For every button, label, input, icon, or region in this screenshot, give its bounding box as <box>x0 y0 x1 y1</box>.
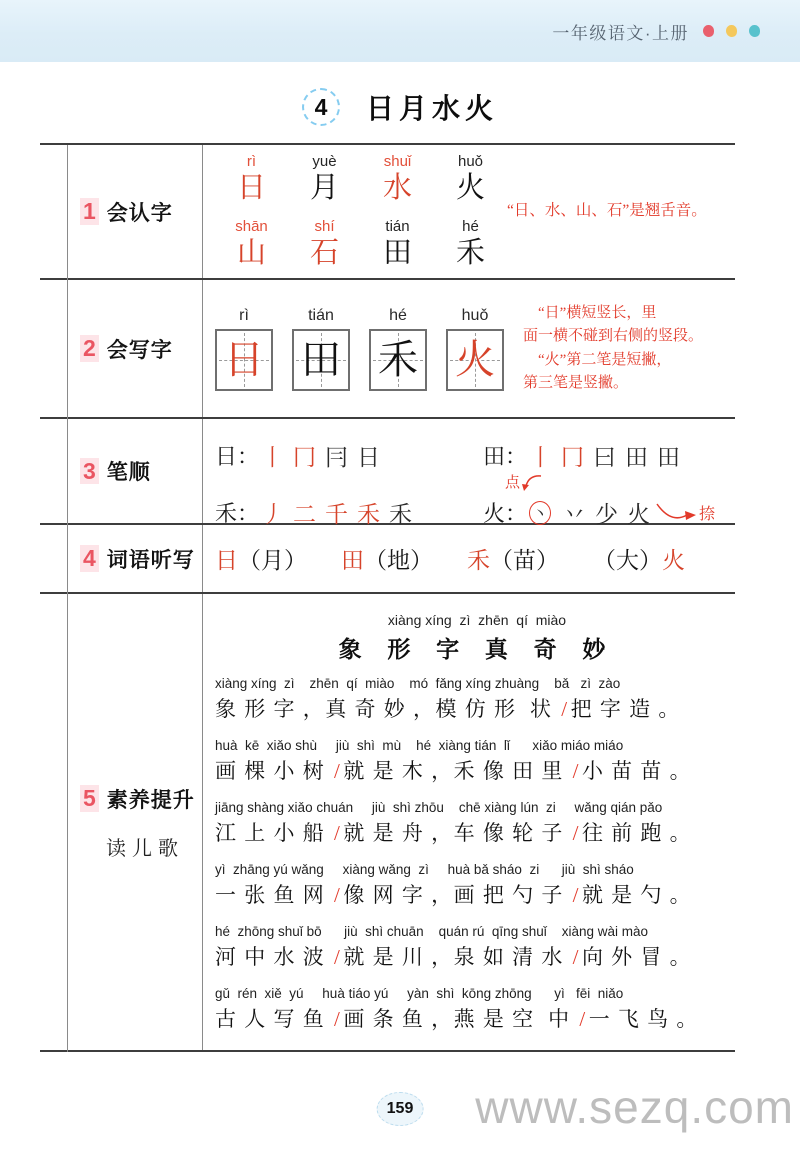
row-number-badge: 1 <box>80 198 99 224</box>
row-label-write: 2 会写字 <box>40 280 203 417</box>
hanzi-character: 火 <box>455 337 495 383</box>
lesson-number-badge: 4 <box>302 88 340 126</box>
pinyin-label: yuè <box>288 153 361 170</box>
red-slash-mark: / <box>571 945 582 969</box>
dictation-hanzi: 禾 <box>467 548 490 573</box>
recognize-handwritten-note: “日、水、山、石”是翘舌音。 <box>507 199 735 223</box>
hanzi-character: 山 <box>215 237 288 270</box>
hanzi-line: shān山shí石tián田hé禾 <box>215 218 507 270</box>
stroke-character-label: 禾： <box>215 497 259 528</box>
stroke-annotation-text: 捺 <box>699 501 715 524</box>
stroke-form: 冂 <box>561 439 584 472</box>
hanzi-character: 日 <box>215 172 288 205</box>
write-character-group: rì日 <box>215 307 273 391</box>
row-sublabel-read-rhyme: 读儿歌 <box>106 832 184 861</box>
lesson-title-row: 4 日月水火 <box>0 86 800 128</box>
red-slash-mark: / <box>332 945 343 969</box>
pinyin-label: huǒ <box>446 307 504 325</box>
row-word-dictation: 4 词语听写 日（月）田（地）禾（苗）（大）火 <box>40 525 735 594</box>
row-label-text: 会认字 <box>107 197 173 227</box>
poem-line-pinyin: hé zhōng shuǐ bō jiù shì chuān quán rú q… <box>215 924 739 939</box>
row-stroke-order: 3 笔顺 日：丨冂冃日田：丨冂曰田田禾：丿二千禾禾火：丶丷少火点捺 <box>40 419 735 525</box>
tianzige-box: 田 <box>292 329 350 391</box>
row-label-text: 词语听写 <box>107 544 195 574</box>
table-left-border <box>67 145 68 1052</box>
red-slash-mark: / <box>571 759 582 783</box>
pinyin-label: shí <box>288 218 361 235</box>
row-label-text: 素养提升 <box>107 784 195 814</box>
dictation-item: 日（月） <box>215 542 307 575</box>
row-label-head: 5 素养提升 <box>80 784 195 814</box>
poem-line-pinyin: jiāng shàng xiǎo chuán jiù shì zhōu chē … <box>215 800 739 815</box>
pinyin-label: shān <box>215 218 288 235</box>
stroke-annotation-na: 捺 <box>655 501 715 524</box>
row-label-literacy: 5 素养提升 读儿歌 <box>40 594 203 1050</box>
lesson-title: 日月水火 <box>366 87 498 127</box>
hanzi-character: 禾 <box>378 337 418 383</box>
hanzi-character: 禾 <box>434 237 507 270</box>
write-character-group: tián田 <box>292 307 350 391</box>
poem-line: xiàng xíng zì zhēn qí miào mó fǎng xíng … <box>215 676 739 723</box>
poem-line: huà kē xiǎo shù jiù shì mù hé xiàng tián… <box>215 738 739 785</box>
poem-title-pinyin: xiàng xíng zì zhēn qí miào <box>215 612 739 628</box>
tianzige-box: 禾 <box>369 329 427 391</box>
dictation-item: （大）火 <box>593 542 685 575</box>
row-recognize-characters: 1 会认字 rì日yuè月shuǐ水huǒ火shān山shí石tián田hé禾 … <box>40 145 735 280</box>
row-content-poem: xiàng xíng zì zhēn qí miào 象 形 字 真 奇 妙 x… <box>203 594 739 1050</box>
swoosh-arrow-icon <box>655 502 697 524</box>
red-slash-mark: / <box>577 1007 588 1031</box>
stroke-form: 丨 <box>261 439 284 472</box>
poem-line-text: 象 形 字 ，真 奇 妙 ，模 仿 形 状 /把 字 造 。 <box>215 693 739 723</box>
stroke-form: 曰 <box>593 439 616 472</box>
row-label-text: 会写字 <box>107 334 173 364</box>
stroke-form: 冃 <box>325 439 348 472</box>
poem-line-pinyin: xiàng xíng zì zhēn qí miào mó fǎng xíng … <box>215 676 739 691</box>
poem-line: gǔ rén xiě yú huà tiáo yú yàn shì kōng z… <box>215 986 739 1033</box>
red-slash-mark: / <box>571 883 582 907</box>
stroke-form: 田 <box>625 439 648 472</box>
poem-lines: xiàng xíng zì zhēn qí miào mó fǎng xíng … <box>215 676 739 1033</box>
nursery-rhyme: xiàng xíng zì zhēn qí miào 象 形 字 真 奇 妙 x… <box>215 612 739 1033</box>
red-slash-mark: / <box>332 1007 343 1031</box>
pinyin-label: huǒ <box>434 153 507 170</box>
poem-line: hé zhōng shuǐ bō jiù shì chuān quán rú q… <box>215 924 739 971</box>
hanzi-group: hé禾 <box>434 218 507 270</box>
tianzige-box: 日 <box>215 329 273 391</box>
stroke-order-item: 日：丨冂冃日 <box>215 439 483 472</box>
write-character-group: hé禾 <box>369 307 427 391</box>
stroke-character-label: 日： <box>215 440 259 471</box>
row-label-dictation: 4 词语听写 <box>40 525 203 592</box>
page-header: 一年级语文·上册 <box>0 0 800 62</box>
hanzi-character: 水 <box>361 172 434 205</box>
pinyin-label: rì <box>215 153 288 170</box>
header-dot-icon <box>726 25 737 37</box>
header-dots <box>703 25 760 37</box>
textbook-page: 一年级语文·上册 4 日月水火 1 会认字 rì日yuè月shuǐ水huǒ火sh… <box>0 0 800 1158</box>
curved-arrow-icon <box>521 474 543 492</box>
stroke-order-item: 田：丨冂曰田田 <box>483 439 735 472</box>
write-handwritten-note: “日”横短竖长，里 面一横不碰到右侧的竖段。 “火”第二笔是短撇， 第三笔是竖撇… <box>523 302 735 395</box>
stroke-form: 田 <box>657 439 680 472</box>
dictation-hanzi: 日 <box>215 548 238 573</box>
lesson-number: 4 <box>315 94 328 121</box>
hanzi-character: 火 <box>434 172 507 205</box>
header-dot-icon <box>703 25 714 37</box>
row-content-write: rì日tián田hé禾huǒ火 “日”横短竖长，里 面一横不碰到右侧的竖段。 “… <box>203 280 735 417</box>
red-slash-mark: / <box>559 697 570 721</box>
poem-title-text: 象 形 字 真 奇 妙 <box>215 631 739 664</box>
poem-line: jiāng shàng xiǎo chuán jiù shì zhōu chē … <box>215 800 739 847</box>
hanzi-group: huǒ火 <box>434 153 507 205</box>
hanzi-group: tián田 <box>361 218 434 270</box>
dictation-context: （月） <box>238 548 307 573</box>
dictation-context: （地） <box>364 548 433 573</box>
poem-line-pinyin: gǔ rén xiě yú huà tiáo yú yàn shì kōng z… <box>215 986 739 1001</box>
row-number-badge: 2 <box>80 335 99 361</box>
row-literacy-improvement: 5 素养提升 读儿歌 xiàng xíng zì zhēn qí miào 象 … <box>40 594 735 1052</box>
row-number-badge: 3 <box>80 458 99 484</box>
write-character-boxes: rì日tián田hé禾huǒ火 <box>215 307 504 391</box>
stroke-annotation-text: 点 <box>505 471 520 492</box>
hanzi-group: shuǐ水 <box>361 153 434 205</box>
poem-line-text: 河 中 水 波 /就 是 川 ，泉 如 清 水 /向 外 冒 。 <box>215 941 739 971</box>
row-write-characters: 2 会写字 rì日tián田hé禾huǒ火 “日”横短竖长，里 面一横不碰到右侧… <box>40 280 735 419</box>
row-label-stroke-order: 3 笔顺 <box>40 419 203 523</box>
hanzi-character: 田 <box>301 337 341 383</box>
hanzi-character: 月 <box>288 172 361 205</box>
hanzi-character: 田 <box>361 237 434 270</box>
page-number: 159 <box>377 1092 424 1126</box>
row-number-badge: 4 <box>80 545 99 571</box>
pinyin-label: hé <box>434 218 507 235</box>
red-slash-mark: / <box>571 821 582 845</box>
poem-line: yì zhāng yú wǎng xiàng wǎng zì huà bǎ sh… <box>215 862 739 909</box>
pinyin-label: tián <box>292 307 350 325</box>
row-content-stroke-order: 日：丨冂冃日田：丨冂曰田田禾：丿二千禾禾火：丶丷少火点捺 <box>203 419 735 523</box>
summary-table: 1 会认字 rì日yuè月shuǐ水huǒ火shān山shí石tián田hé禾 … <box>40 143 735 1052</box>
row-label-text: 笔顺 <box>107 456 151 486</box>
row-number-badge: 5 <box>80 785 99 811</box>
poem-line-pinyin: huà kē xiǎo shù jiù shì mù hé xiàng tián… <box>215 738 739 753</box>
stroke-form: 冂 <box>293 439 316 472</box>
row-content-recognize: rì日yuè月shuǐ水huǒ火shān山shí石tián田hé禾 “日、水、山… <box>203 145 739 278</box>
edition-label: 一年级语文·上册 <box>552 19 689 44</box>
poem-line-text: 古 人 写 鱼 /画 条 鱼 ，燕 是 空 中 /一 飞 鸟 。 <box>215 1003 739 1033</box>
stroke-form: 丨 <box>529 439 552 472</box>
recognize-character-list: rì日yuè月shuǐ水huǒ火shān山shí石tián田hé禾 <box>215 153 507 270</box>
watermark: www.sezq.com <box>475 1080 794 1134</box>
pinyin-label: hé <box>369 307 427 325</box>
row-label-recognize: 1 会认字 <box>40 145 203 278</box>
stroke-character-label: 田： <box>483 440 527 471</box>
dictation-item: 禾（苗） <box>467 542 559 575</box>
pinyin-label: rì <box>215 307 273 325</box>
hanzi-character: 石 <box>288 237 361 270</box>
hanzi-character: 日 <box>224 337 264 383</box>
red-slash-mark: / <box>332 759 343 783</box>
hanzi-group: shān山 <box>215 218 288 270</box>
stroke-annotation-dian: 点 <box>505 471 543 492</box>
header-dot-icon <box>749 25 760 37</box>
row-content-dictation: 日（月）田（地）禾（苗）（大）火 <box>203 525 735 592</box>
dictation-context: （苗） <box>490 548 559 573</box>
write-character-group: huǒ火 <box>446 307 504 391</box>
dictation-context: （大） <box>593 548 662 573</box>
hanzi-group: shí石 <box>288 218 361 270</box>
red-slash-mark: / <box>332 821 343 845</box>
dictation-hanzi: 火 <box>662 548 685 573</box>
pinyin-label: shuǐ <box>361 153 434 170</box>
poem-title-block: xiàng xíng zì zhēn qí miào 象 形 字 真 奇 妙 <box>215 612 739 664</box>
stroke-form: 日 <box>357 439 380 472</box>
stroke-character-label: 火： <box>483 497 527 528</box>
hanzi-group: rì日 <box>215 153 288 205</box>
red-slash-mark: / <box>332 883 343 907</box>
poem-line-text: 一 张 鱼 网 /像 网 字 ，画 把 勺 子 /就 是 勺 。 <box>215 879 739 909</box>
hanzi-line: rì日yuè月shuǐ水huǒ火 <box>215 153 507 205</box>
dictation-hanzi: 田 <box>341 548 364 573</box>
poem-line-text: 画 棵 小 树 /就 是 木 ，禾 像 田 里 /小 苗 苗 。 <box>215 755 739 785</box>
poem-line-text: 江 上 小 船 /就 是 舟 ，车 像 轮 子 /往 前 跑 。 <box>215 817 739 847</box>
stroke-form: 丶 <box>529 501 551 525</box>
stroke-order-grid: 日：丨冂冃日田：丨冂曰田田禾：丿二千禾禾火：丶丷少火点捺 <box>215 419 735 529</box>
poem-line-pinyin: yì zhāng yú wǎng xiàng wǎng zì huà bǎ sh… <box>215 862 739 877</box>
pinyin-label: tián <box>361 218 434 235</box>
hanzi-group: yuè月 <box>288 153 361 205</box>
tianzige-box: 火 <box>446 329 504 391</box>
dictation-item: 田（地） <box>341 542 433 575</box>
